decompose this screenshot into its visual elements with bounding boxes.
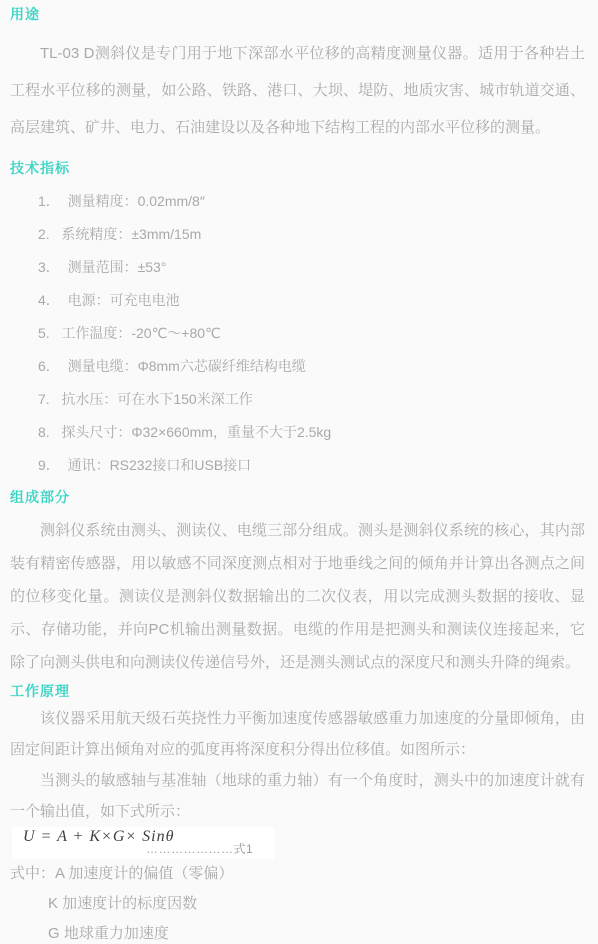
formula-legend-g-gravity: G 地球重力加速度	[48, 919, 585, 944]
spec-item-communication: 9． 通讯：RS232接口和USB接口	[10, 449, 585, 482]
formula-legend-k-scale-factor: K 加速度计的标度因数	[48, 889, 585, 919]
spec-item-water-pressure: 7. 抗水压：可在水下150米深工作	[10, 383, 585, 416]
spec-item-probe-size: 8. 探头尺寸：Φ32×660mm，重量不大于2.5kg	[10, 416, 585, 449]
principle-paragraph-1: 该仪器采用航天级石英挠性力平衡加速度传感器敏感重力加速度的分量即倾角，由固定间距…	[10, 703, 585, 765]
spec-item-system-accuracy: 2. 系统精度：±3mm/15m	[10, 218, 585, 251]
usage-paragraph: TL-03 D测斜仪是专门用于地下深部水平位移的高精度测量仪器。适用于各种岩土工…	[10, 35, 585, 146]
spec-list: 1． 测量精度：0.02mm/8″ 2. 系统精度：±3mm/15m 3． 测量…	[10, 185, 585, 482]
components-paragraph: 测斜仪系统由测头、测读仪、电缆三部分组成。测头是测斜仪系统的核心，其内部装有精密…	[10, 514, 585, 679]
section-heading-specs: 技术指标	[10, 160, 585, 176]
spec-item-measure-accuracy: 1． 测量精度：0.02mm/8″	[10, 185, 585, 218]
formula-image: U = A + K×G× Sinθ …………………式1	[12, 827, 274, 859]
formula-reference-label: …………………式1	[146, 840, 253, 857]
section-heading-usage: 用途	[10, 6, 585, 22]
spec-item-operating-temp: 5. 工作温度：-20℃～+80℃	[10, 317, 585, 350]
document-page: 用途 TL-03 D测斜仪是专门用于地下深部水平位移的高精度测量仪器。适用于各种…	[0, 0, 598, 944]
spec-item-cable: 6． 测量电缆：Φ8mm六芯碳纤维结构电缆	[10, 350, 585, 383]
principle-paragraph-2: 当测头的敏感轴与基准轴（地球的重力轴）有一个角度时，测头中的加速度计就有一个输出…	[10, 765, 585, 827]
formula-legend-intro-a-bias: 式中：A 加速度计的偏值（零偏）	[10, 859, 585, 889]
spec-item-power: 4． 电源：可充电电池	[10, 284, 585, 317]
spec-item-measure-range: 3． 测量范围：±53°	[10, 251, 585, 284]
section-heading-principle: 工作原理	[10, 683, 585, 699]
section-heading-components: 组成部分	[10, 489, 585, 505]
